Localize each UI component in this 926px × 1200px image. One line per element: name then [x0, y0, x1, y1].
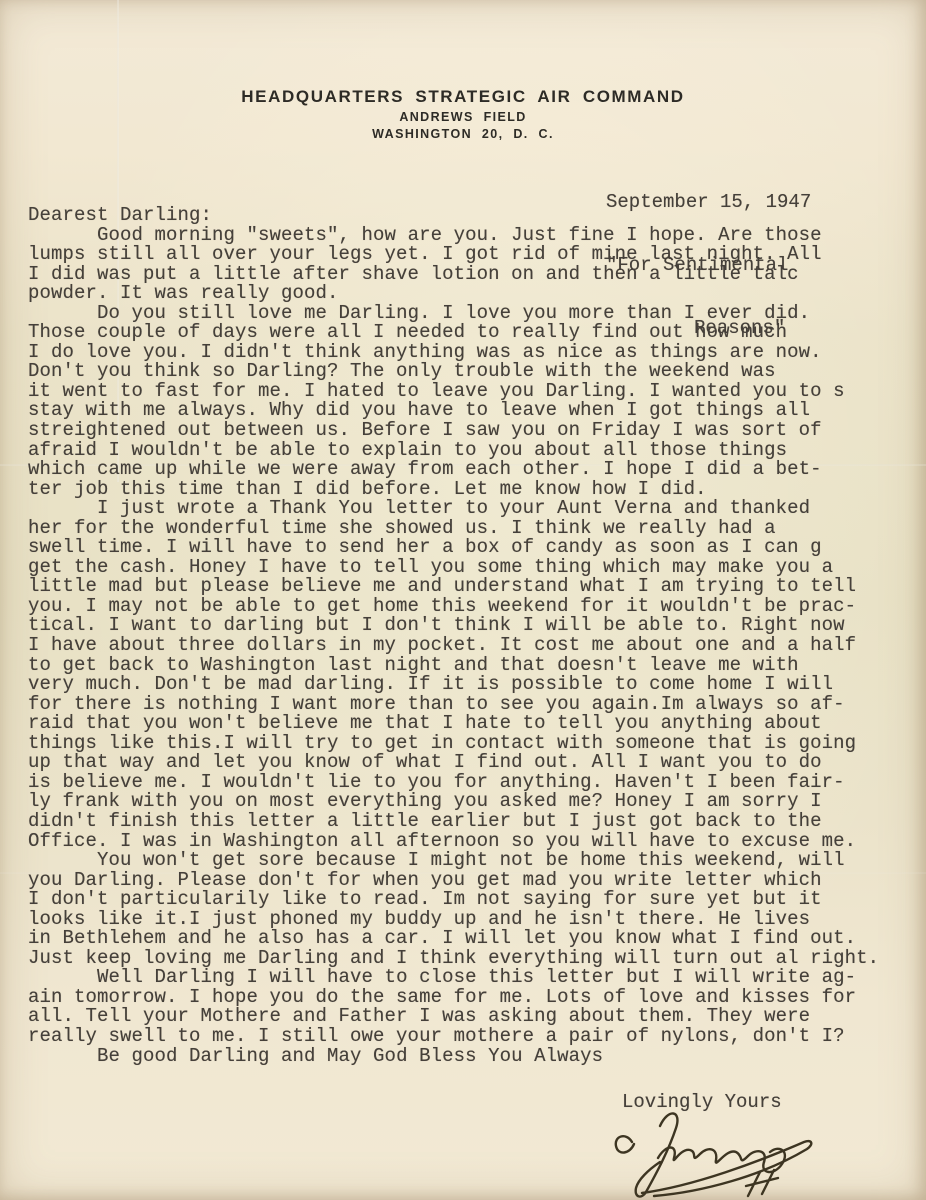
- salutation: Dearest Darling:: [28, 206, 902, 226]
- signature-handwriting-icon: [598, 1100, 848, 1200]
- paragraph-1: Good morning "sweets", how are you. Just…: [28, 226, 902, 304]
- paragraph-5: Well Darling I will have to close this l…: [28, 968, 902, 1066]
- letterhead-command-name: HEADQUARTERS STRATEGIC AIR COMMAND: [0, 86, 926, 107]
- letterhead: HEADQUARTERS STRATEGIC AIR COMMAND ANDRE…: [0, 86, 926, 143]
- paragraph-3: I just wrote a Thank You letter to your …: [28, 499, 902, 851]
- letterhead-field-name: ANDREWS FIELD: [0, 109, 926, 126]
- letter-body: Dearest Darling: Good morning "sweets", …: [28, 206, 902, 1066]
- paragraph-4: You won't get sore because I might not b…: [28, 851, 902, 968]
- letterhead-city-line: WASHINGTON 20, D. C.: [0, 126, 926, 143]
- paragraph-2: Do you still love me Darling. I love you…: [28, 304, 902, 499]
